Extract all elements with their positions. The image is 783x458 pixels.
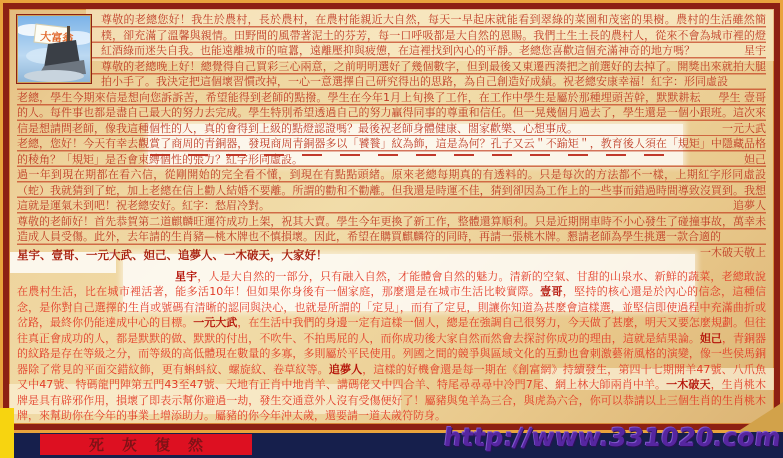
parchment-surface: 大富翁 尊敬的老總您好！我生於農村，長於農村，在農村能親近大自然，每天一早起床就… xyxy=(9,9,774,424)
page: 大富翁 尊敬的老總您好！我生於農村，長於農村，在農村能親近大自然，每天一早起床就… xyxy=(0,0,783,458)
reply-name: 追夢人 xyxy=(329,363,362,376)
content: 大富翁 尊敬的老總您好！我生於農村，長於農村，在農村能親近大自然，每天一早起床就… xyxy=(9,9,774,424)
letter: 過一年到現在期都在看六信，從剛開始的完全看不懂，到現在有點點頭緒。原來老總每期真… xyxy=(17,167,766,214)
reply-name: 星宇 xyxy=(175,270,197,283)
letter: 尊敬的老總您好！我生於農村，長於農村，在農村能親近大自然，每天一早起床就能看到翠… xyxy=(17,12,766,59)
letter-body: 過一年到現在期都在看六信，從剛開始的完全看不懂，到現在有點點頭緒。原來老總每期真… xyxy=(17,168,766,212)
parchment-panel: 大富翁 尊敬的老總您好！我生於農村，長於農村，在農村能親近大自然，每天一早起床就… xyxy=(0,0,783,433)
yellow-corner-accent xyxy=(0,408,14,458)
letter: 尊敬的老總晚上好！總覺得自己買彩三心兩意，之前明明選好了幾個數字，但到最後又東遷… xyxy=(17,59,766,90)
reply-name: 一木破天 xyxy=(666,378,710,391)
letter-signature: 星宇 xyxy=(726,43,766,59)
reply-paragraph: 星宇，人是大自然的一部分，只有融入自然，才能體會自然的魅力。清新的空氣、甘甜的山… xyxy=(17,269,766,424)
letter-signature: 一木破天敬上 xyxy=(682,245,766,261)
stamp-text: 死灰復然 xyxy=(71,434,221,455)
masthead-logo: 大富翁 xyxy=(17,15,91,83)
reply-name: 壹哥 xyxy=(540,285,563,298)
letter-signature: 妲己 xyxy=(726,152,766,168)
greeting-line: 星宇、壹哥、一元大武、妲己、追夢人、一木破天，大家好！ xyxy=(17,247,766,263)
letter: 老總，學生今期來信是想向您訴訴苦，希望能得到老師的點撥。學生在今年1月上旬換了工… xyxy=(17,90,766,137)
letter: 尊敬的老師好！首先恭賀第二道麒麟旺運符成功上架，祝其大賣。學生今年更換了新工作，… xyxy=(17,214,766,245)
letter-signature: 一元大武 xyxy=(704,121,766,137)
reply-name: 一元大武 xyxy=(193,316,237,329)
reply-name: 妲己 xyxy=(700,332,722,345)
letters: 大富翁 尊敬的老總您好！我生於農村，長於農村，在農村能親近大自然，每天一早起床就… xyxy=(17,12,766,245)
letter-body: 尊敬的老總晚上好！總覺得自己買彩三心兩意，之前明明選好了幾個數字，但到最後又東遷… xyxy=(101,60,766,89)
letter: 老總，您好！今天有幸去觀賞了商周的青銅器，發現商周青銅器多以「饕餮」紋為飾，這是… xyxy=(17,136,766,167)
site-url-link[interactable]: http://www.331020.com xyxy=(442,423,783,452)
letter-signature: 學生 壹哥 xyxy=(701,90,767,106)
letter-body: 老總，學生今期來信是想向您訴訴苦，希望能得到老師的點撥。學生在今年1月上旬換了工… xyxy=(17,91,766,135)
masthead-logo-image: 大富翁 xyxy=(18,16,90,82)
letter-body: 尊敬的老總您好！我生於農村，長於農村，在農村能親近大自然，每天一早起床就能看到翠… xyxy=(101,13,766,57)
letter-signature: 追夢人 xyxy=(715,198,766,214)
stamp-box: 死灰復然 xyxy=(40,434,252,455)
letter-body: 尊敬的老師好！首先恭賀第二道麒麟旺運符成功上架，祝其大賣。學生今年更換了新工作，… xyxy=(17,215,766,244)
letter-body: 老總，您好！今天有幸去觀賞了商周的青銅器，發現商周青銅器多以「饕餮」紋為飾，這是… xyxy=(17,137,766,166)
